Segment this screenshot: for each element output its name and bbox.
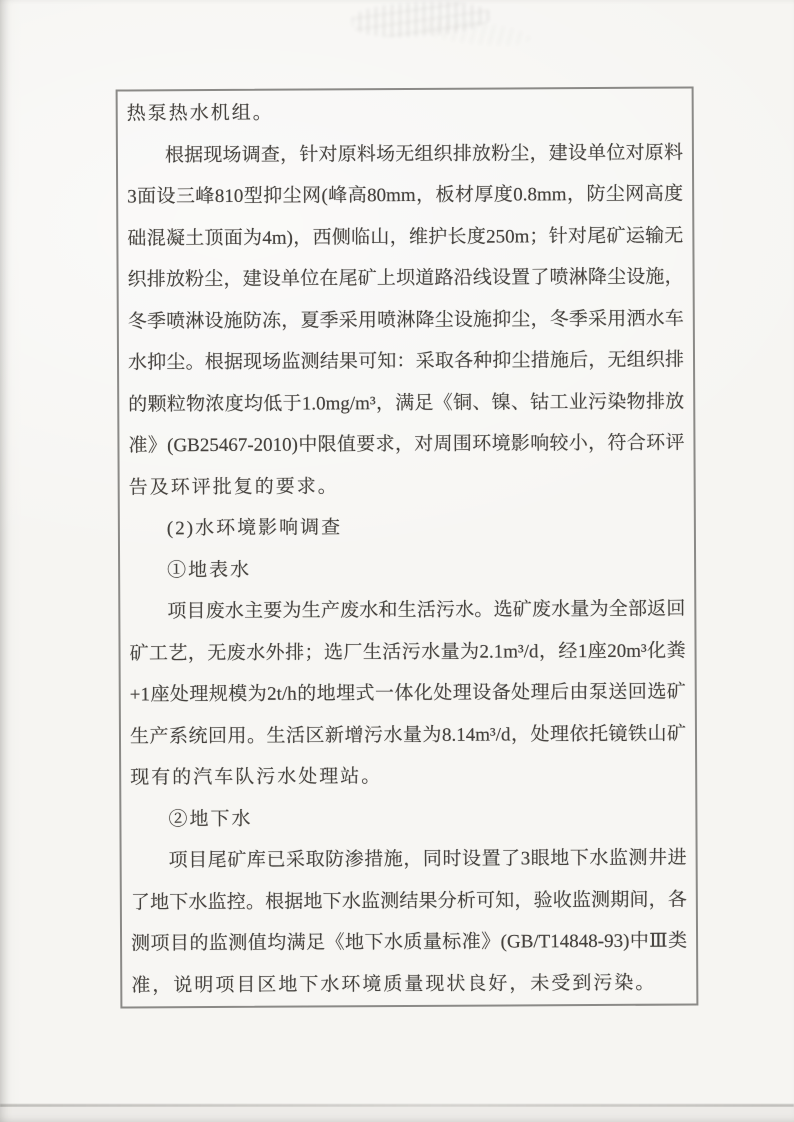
text-line: 项目废水主要为生产废水和生活污水。选矿废水量为全部返回选 (129, 589, 685, 633)
scanner-background-strip (0, 1107, 794, 1122)
text-line: 水抑尘。根据现场监测结果可知：采取各种抑尘措施后，无组织排放 (128, 340, 684, 384)
text-line: 测项目的监测值均满足《地下水质量标准》(GB/T14848-93)中Ⅲ类标 (131, 921, 687, 965)
text-line: ①地表水 (129, 547, 685, 591)
text-line: (2)水环境影响调查 (129, 506, 685, 550)
text-line: 矿工艺，无废水外排；选厂生活污水量为2.1m³/d，经1座20m³化粪池 (129, 630, 685, 674)
text-line: 准，说明项目区地下水环境质量现状良好，未受到污染。 (131, 962, 687, 1006)
text-line: 生产系统回用。生活区新增污水量为8.14m³/d，处理依托镜铁山矿区 (130, 713, 686, 757)
text-line: 现有的汽车队污水处理站。 (130, 755, 686, 799)
document-text: 热泵热水机组。根据现场调查，针对原料场无组织排放粉尘，建设单位对原料场3面设三峰… (118, 89, 697, 1007)
text-line: ②地下水 (130, 796, 686, 840)
text-line: 热泵热水机组。 (127, 91, 683, 135)
text-line: 项目尾矿库已采取防渗措施，同时设置了3眼地下水监测井进行 (131, 838, 687, 882)
bleed-through-smudge-2 (419, 16, 531, 49)
text-line: 础混凝土顶面为4m)，西侧临山，维护长度250m；针对尾矿运输无组 (127, 215, 683, 259)
text-line: 准》(GB25467-2010)中限值要求，对周围环境影响较小，符合环评报 (128, 423, 684, 467)
page-background: 热泵热水机组。根据现场调查，针对原料场无组织排放粉尘，建设单位对原料场3面设三峰… (0, 0, 794, 1122)
document-border-box: 热泵热水机组。根据现场调查，针对原料场无组织排放粉尘，建设单位对原料场3面设三峰… (116, 86, 699, 1008)
text-line: 织排放粉尘，建设单位在尾矿上坝道路沿线设置了喷淋降尘设施，因 (127, 257, 683, 301)
text-line: 根据现场调查，针对原料场无组织排放粉尘，建设单位对原料场 (127, 132, 683, 176)
text-line: +1座处理规模为2t/h的地埋式一体化处理设备处理后由泵送回选矿 (130, 672, 686, 716)
text-line: 的颗粒物浓度均低于1.0mg/m³，满足《铜、镍、钴工业污染物排放标 (128, 381, 684, 425)
text-line: 冬季喷淋设施防冻，夏季采用喷淋降尘设施抑尘，冬季采用洒水车洒 (128, 298, 684, 342)
text-line: 3面设三峰810型抑尘网(峰高80mm，板材厚度0.8mm，防尘网高度距基 (127, 174, 683, 218)
text-line: 了地下水监控。根据地下水监测结果分析可知，验收监测期间，各监 (131, 879, 687, 923)
text-line: 告及环评批复的要求。 (129, 464, 685, 508)
